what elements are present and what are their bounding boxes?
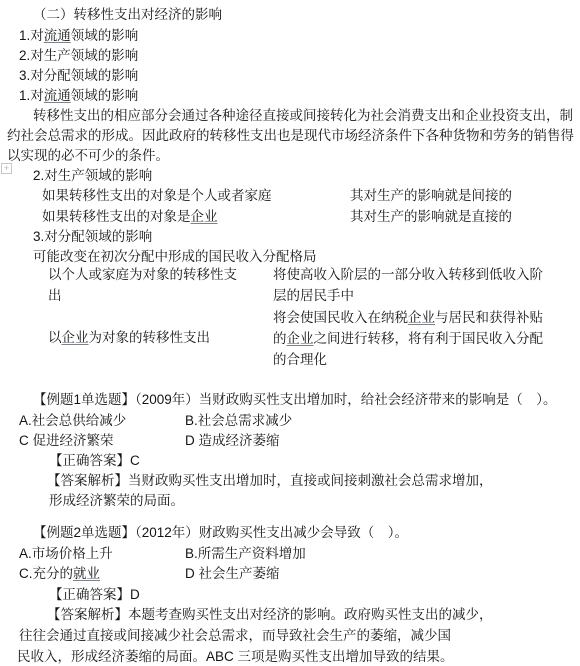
example1-option-c: C 促进经济繁荣 [19,432,114,449]
spellcheck-underline: 企业 [287,331,314,346]
example2-option-c: C.充分的就业 [19,565,100,582]
example1-option-d: D 造成经济萎缩 [185,432,280,449]
distribution-row2-left-pre: 以 [48,330,62,345]
example2-option-a: A.市场价格上升 [19,545,113,562]
distribution-row2-left: 以企业为对象的转移性支出 [48,329,210,346]
distribution-lead: 可能改变在初次分配中形成的国民收入分配格局 [33,248,317,265]
production-row2-left: 如果转移性支出的对象是企业 [42,208,218,225]
spellcheck-underline: 流通 [44,28,71,43]
circulation-title: 1.对流通领域的影响 [19,87,138,104]
circulation-title-pre: 1.对 [19,88,44,103]
spellcheck-underline: 流通 [44,88,71,103]
example1-analysis-line-2: 形成经济繁荣的局面。 [49,492,184,509]
production-title: 2.对生产领域的影响 [33,167,152,184]
distribution-row2-right-seg3: 之间进行转移，将有利于国民收入分配的合理化 [273,331,543,367]
production-row1-right: 其对生产的影响就是间接的 [350,187,512,204]
outline-item-2: 2.对生产领域的影响 [19,47,138,64]
distribution-row1-right: 将使高收入阶层的一部分收入转移到低收入阶层的居民手中 [273,264,545,306]
example1-analysis-line-1: 【答案解析】当财政购买性支出增加时，直接或间接刺激社会总需求增加， [47,472,493,489]
document-page: { "page": { "heading": "（二）转移性支出对经济的影响",… [0,0,580,666]
distribution-row2-right: 将会使国民收入在纳税企业与居民和获得补贴的企业之间进行转移，将有利于国民收入分配… [273,307,545,370]
table-move-handle-icon[interactable]: + [1,163,12,174]
production-row2-right: 其对生产的影响就是直接的 [350,208,512,225]
distribution-row2-left-post: 为对象的转移性支出 [89,330,211,345]
spellcheck-underline: 企业 [191,209,218,224]
circulation-paragraph-line-1: 转移性支出的相应部分会通过各种途径直接或间接转化为社会消费支出和企业投资支出，制 [33,107,573,124]
example1-answer: 【正确答案】C [49,452,140,469]
outline-item-1: 1.对流通领域的影响 [19,27,138,44]
example2-option-b: B.所需生产资料增加 [185,545,306,562]
circulation-title-post: 领域的影响 [71,88,139,103]
example2-option-c-pre: C.充分的 [19,566,73,581]
example2-analysis-line-2: 往往会通过直接或间接减少社会总需求，而导致社会生产的萎缩，减少国 [19,627,451,644]
circulation-paragraph-line-2: 约社会总需求的形成。因此政府的转移性支出也是现代市场经济条件下各种货物和劳务的销… [7,127,574,144]
example1-option-b: B.社会总需求减少 [185,412,292,429]
example2-answer: 【正确答案】D [49,586,140,603]
outline-item-1-pre: 1.对 [19,28,44,43]
spellcheck-underline: 企业 [62,330,89,345]
spellcheck-underline: 就业 [73,566,100,581]
example2-analysis-line-1: 【答案解析】本题考查购买性支出对经济的影响。政府购买性支出的减少， [47,606,493,623]
distribution-row1-left: 以个人或家庭为对象的转移性支出 [48,264,248,306]
production-row2-left-pre: 如果转移性支出的对象是 [42,209,191,224]
outline-item-3: 3.对分配领域的影响 [19,67,138,84]
example2-title: 【例题2单选题】（2012年）财政购买性支出减少会导致（ ）。 [33,524,408,541]
distribution-title: 3.对分配领域的影响 [33,228,152,245]
section-heading: （二）转移性支出对经济的影响 [33,6,222,23]
distribution-row2-right-seg1: 将会使国民收入在纳税 [273,310,408,325]
production-row1-left: 如果转移性支出的对象是个人或者家庭 [42,187,272,204]
example1-option-a: A.社会总供给减少 [19,412,126,429]
example2-analysis-line-3: 民收入，形成经济萎缩的局面。ABC 三项是购买性支出增加导致的结果。 [17,648,454,665]
spellcheck-underline: 企业 [408,310,435,325]
outline-item-1-post: 领域的影响 [71,28,139,43]
example2-option-d: D 社会生产萎缩 [185,565,280,582]
circulation-paragraph-line-3: 以实现的必不可少的条件。 [7,147,169,164]
example1-title: 【例题1单选题】（2009年）当财政购买性支出增加时，给社会经济带来的影响是（ … [33,391,557,408]
